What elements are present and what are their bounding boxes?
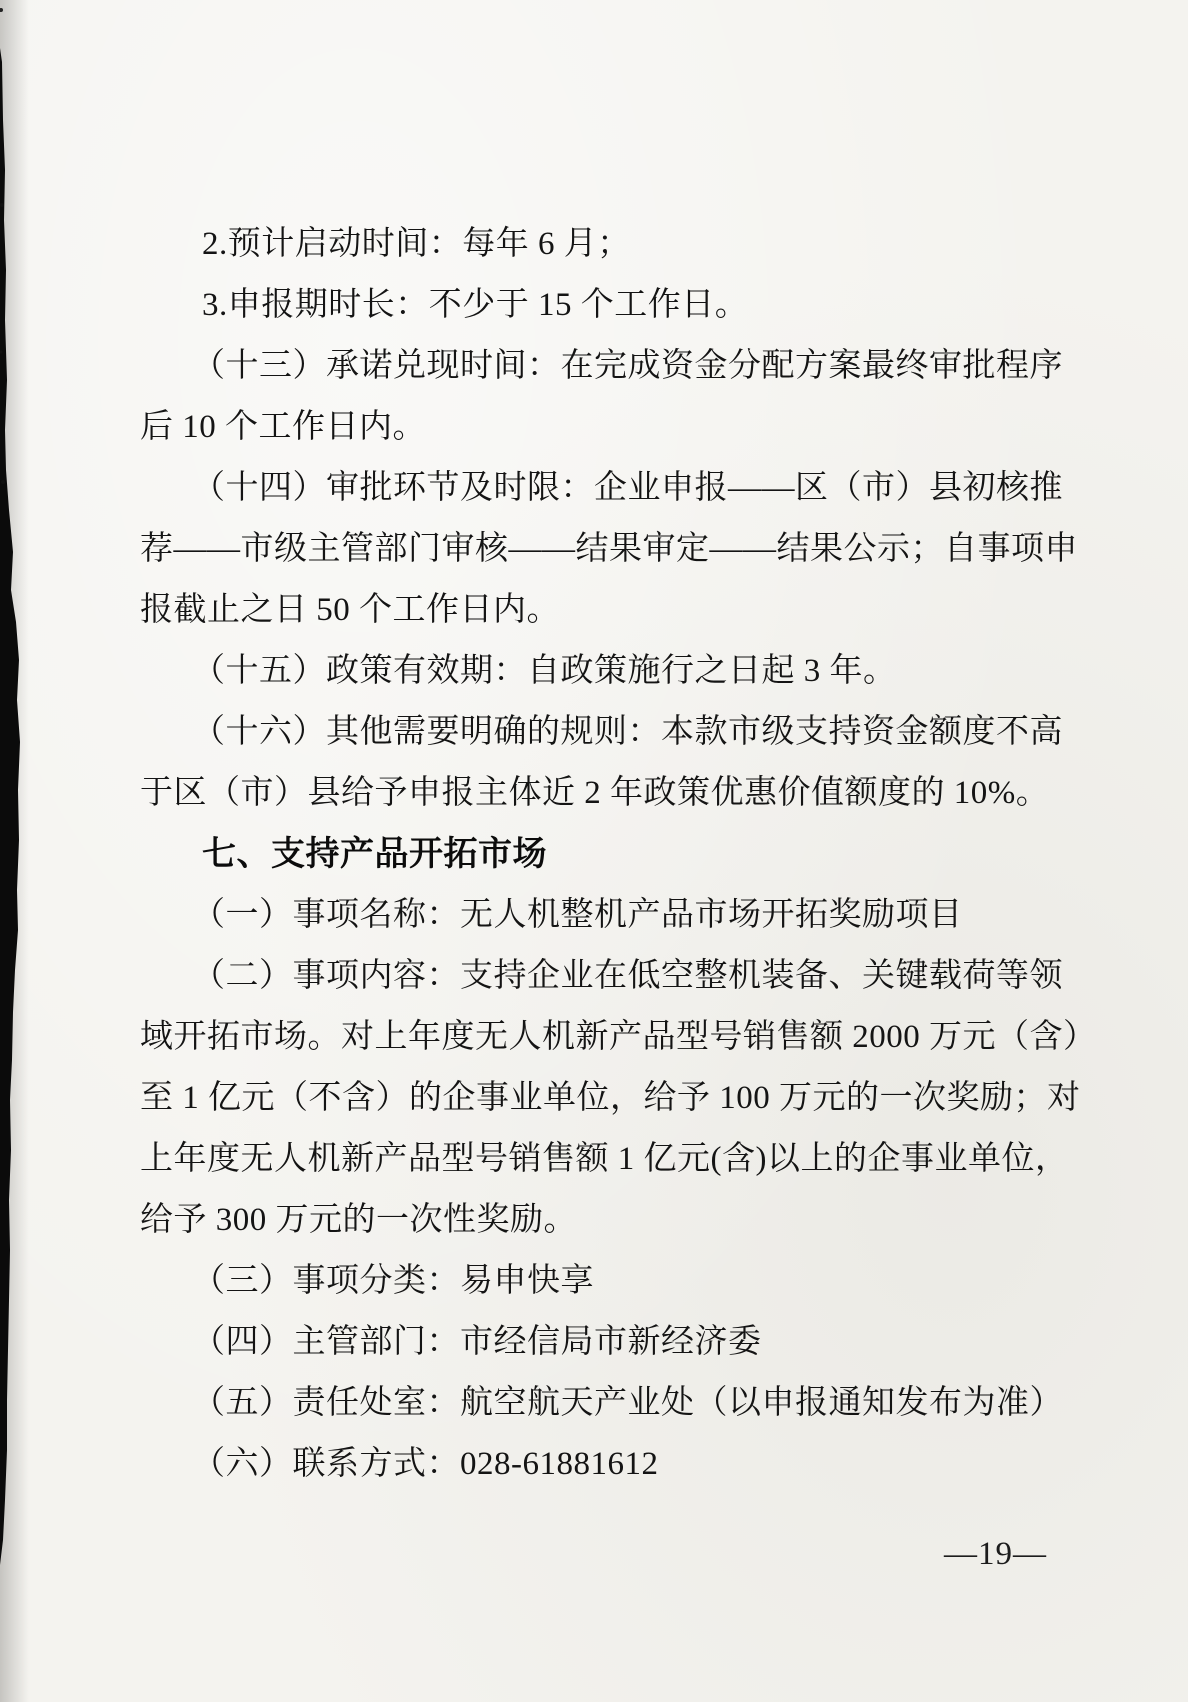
doc-line-item-office: （五）责任处室：航空航天产业处（以申报通知发布为准） xyxy=(140,1373,1070,1434)
doc-line-item3: 3.申报期时长：不少于 15 个工作日。 xyxy=(140,275,1070,336)
doc-line-item-category: （三）事项分类：易申快享 xyxy=(140,1251,1070,1312)
doc-line-clause14-cont2: 报截止之日 50 个工作日内。 xyxy=(140,580,1070,641)
doc-line-clause16-cont: 于区（市）县给予申报主体近 2 年政策优惠价值额度的 10%。 xyxy=(140,763,1070,824)
doc-line-item-content-2: 域开拓市场。对上年度无人机新产品型号销售额 2000 万元（含） xyxy=(140,1007,1070,1068)
doc-line-item2: 2.预计启动时间：每年 6 月； xyxy=(140,214,1070,275)
doc-line-clause13: （十三）承诺兑现时间：在完成资金分配方案最终审批程序 xyxy=(140,336,1070,397)
torn-paper-edge-artifact xyxy=(0,0,26,1702)
section-heading-7: 七、支持产品开拓市场 xyxy=(140,824,1070,885)
doc-line-item-content-3: 至 1 亿元（不含）的企事业单位，给予 100 万元的一次奖励；对 xyxy=(140,1068,1070,1129)
doc-line-clause13-cont: 后 10 个工作日内。 xyxy=(140,397,1070,458)
doc-line-clause15: （十五）政策有效期：自政策施行之日起 3 年。 xyxy=(140,641,1070,702)
doc-line-item-content: （二）事项内容：支持企业在低空整机装备、关键载荷等领 xyxy=(140,946,1070,1007)
doc-line-item-name: （一）事项名称：无人机整机产品市场开拓奖励项目 xyxy=(140,885,1070,946)
document-body: 2.预计启动时间：每年 6 月； 3.申报期时长：不少于 15 个工作日。 （十… xyxy=(140,214,1070,1495)
scanned-document-page: 2.预计启动时间：每年 6 月； 3.申报期时长：不少于 15 个工作日。 （十… xyxy=(0,0,1188,1702)
doc-line-item-contact: （六）联系方式：028-61881612 xyxy=(140,1434,1070,1495)
doc-line-item-content-4: 上年度无人机新产品型号销售额 1 亿元(含)以上的企事业单位， xyxy=(140,1129,1070,1190)
doc-line-item-content-5: 给予 300 万元的一次性奖励。 xyxy=(140,1190,1070,1251)
page-number: —19— xyxy=(944,1534,1047,1574)
doc-line-clause16: （十六）其他需要明确的规则：本款市级支持资金额度不高 xyxy=(140,702,1070,763)
doc-line-clause14-cont1: 荐——市级主管部门审核——结果审定——结果公示；自事项申 xyxy=(140,519,1070,580)
doc-line-clause14: （十四）审批环节及时限：企业申报——区（市）县初核推 xyxy=(140,458,1070,519)
doc-line-item-department: （四）主管部门：市经信局市新经济委 xyxy=(140,1312,1070,1373)
